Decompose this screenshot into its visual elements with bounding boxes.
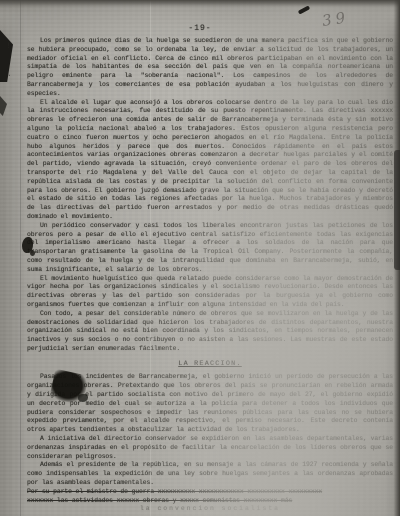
paper-light-crease — [150, 0, 151, 516]
margin-dot-mark: . — [7, 70, 12, 79]
margin-exclamation-mark: ! — [6, 42, 11, 51]
paragraph: El alcalde el lugar que aconsejó a los o… — [27, 99, 393, 222]
scan-edge-right-mark — [394, 150, 400, 270]
scan-edge-top — [0, 0, 400, 7]
paper-fold-line — [20, 0, 21, 516]
ink-blob-left-margin-small — [30, 250, 35, 256]
section-heading-text: LA REACCION. — [178, 360, 241, 368]
scanned-document-page: ! . 39 -19- Los primeros quince dias de … — [0, 0, 400, 516]
typed-text-body: Los primeros quince dias de la huelga se… — [27, 37, 393, 514]
section-heading: LA REACCION. — [27, 360, 393, 369]
ink-mark-top-left-small — [0, 96, 7, 116]
struck-line: Por su parte el ministro de guerra xxxxx… — [27, 488, 393, 497]
paragraph: El movimiento huelguístico que queda rel… — [27, 275, 393, 310]
paragraph: Un periódico conservador y casi todos lo… — [27, 222, 393, 275]
partial-bottom-line: la convencion socialista — [27, 505, 393, 514]
paragraph: Los primeros quince dias de la huelga se… — [27, 37, 393, 99]
paragraph: Con todo, a pesar del considerable númer… — [27, 310, 393, 354]
paragraph: A iniciativa del directorio conservador … — [27, 435, 393, 461]
paragraph: Además el presidente de la república, en… — [27, 461, 393, 487]
